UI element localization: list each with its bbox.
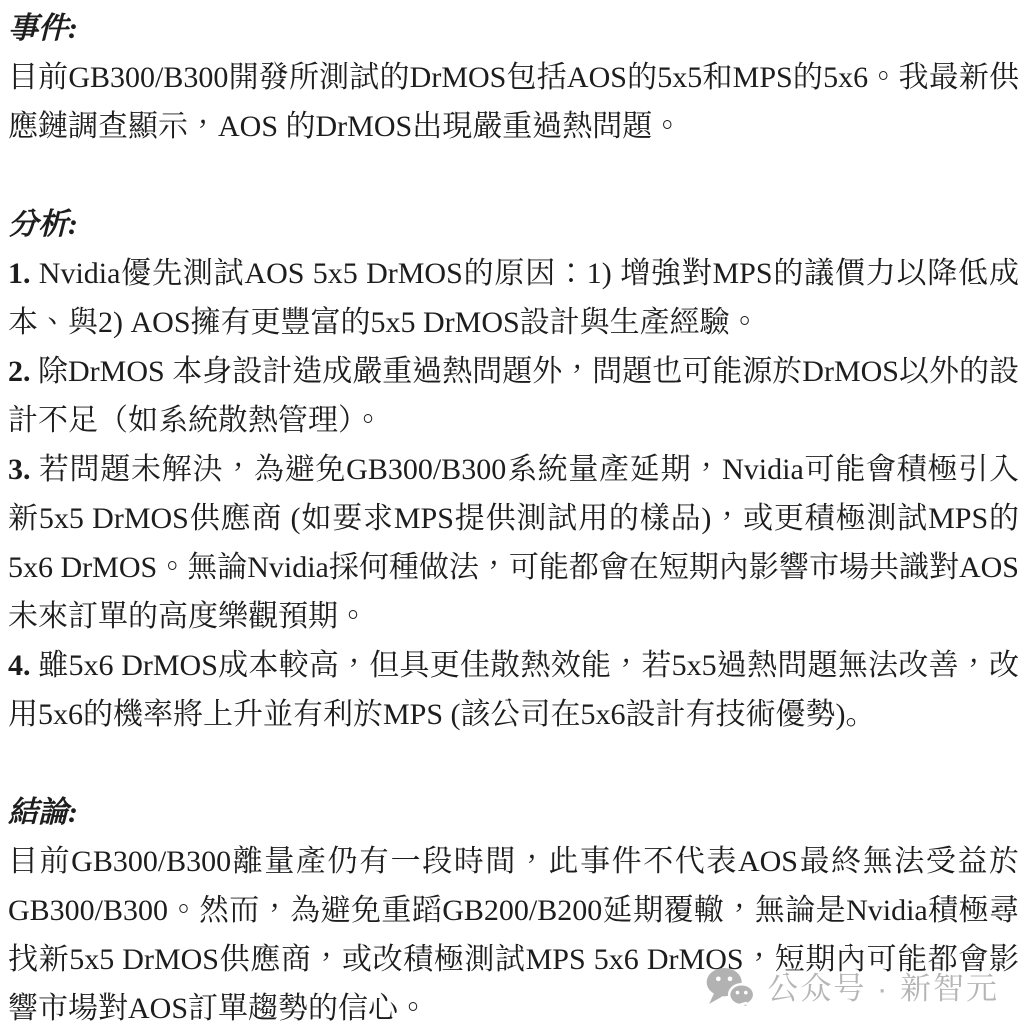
paragraph-text: 雖5x6 DrMOS成本較高，但具更佳散熱效能，若5x5過熱問題無法改善，改用5… [8,649,1019,731]
watermark-text: 公众号 · 新智元 [767,973,999,1004]
section-event: 事件: 目前GB300/B300開發所測試的DrMOS包括AOS的5x5和MPS… [8,4,1019,151]
section-heading-event: 事件: [8,4,1019,53]
list-number: 2. [8,355,31,388]
section-heading-analysis: 分析: [8,200,1019,249]
paragraph-analysis-3: 3. 若問題未解決，為避免GB300/B300系統量產延期，Nvidia可能會積… [8,445,1019,641]
section-analysis: 分析: 1. Nvidia優先測試AOS 5x5 DrMOS的原因：1) 增強對… [8,200,1019,739]
paragraph-analysis-2: 2. 除DrMOS 本身設計造成嚴重過熱問題外，問題也可能源於DrMOS以外的設… [8,347,1019,445]
paragraph-text: 除DrMOS 本身設計造成嚴重過熱問題外，問題也可能源於DrMOS以外的設計不足… [8,355,1019,437]
section-heading-conclusion: 結論: [8,788,1019,837]
paragraph-analysis-1: 1. Nvidia優先測試AOS 5x5 DrMOS的原因：1) 增強對MPS的… [8,249,1019,347]
paragraph-analysis-4: 4. 雖5x6 DrMOS成本較高，但具更佳散熱效能，若5x5過熱問題無法改善，… [8,641,1019,739]
list-number: 1. [8,257,31,290]
paragraph-text: Nvidia優先測試AOS 5x5 DrMOS的原因：1) 增強對MPS的議價力… [8,257,1019,339]
analyst-note-document: 事件: 目前GB300/B300開發所測試的DrMOS包括AOS的5x5和MPS… [0,0,1029,1032]
paragraph: 目前GB300/B300開發所測試的DrMOS包括AOS的5x5和MPS的5x6… [8,53,1019,151]
paragraph-text: 目前GB300/B300開發所測試的DrMOS包括AOS的5x5和MPS的5x6… [8,61,1019,143]
wechat-icon [705,966,755,1010]
watermark: 公众号 · 新智元 [705,966,999,1010]
paragraph-text: 若問題未解決，為避免GB300/B300系統量產延期，Nvidia可能會積極引入… [8,453,1019,633]
list-number: 4. [8,649,31,682]
list-number: 3. [8,453,31,486]
